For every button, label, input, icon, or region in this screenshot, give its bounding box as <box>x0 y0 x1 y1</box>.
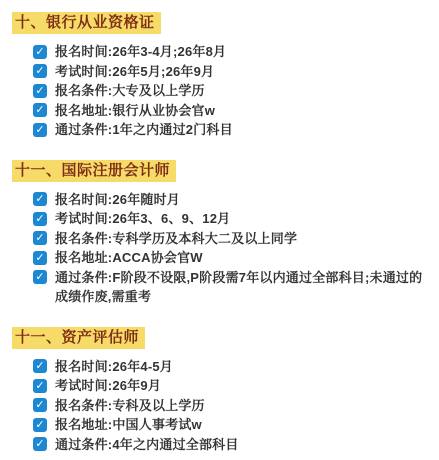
item-label: 报名时间: <box>55 359 112 374</box>
list-item: ✓ 通过条件:1年之内通过2门科目 <box>33 120 425 140</box>
checkbox-checked-icon: ✓ <box>33 251 47 265</box>
checkbox-checked-icon: ✓ <box>33 437 47 451</box>
item-list: ✓ 报名时间:26年4-5月 ✓ 考试时间:26年9月 ✓ 报名条件:专科及以上… <box>33 357 425 455</box>
list-item: ✓ 报名地址:中国人事考试w <box>33 415 425 435</box>
list-item: ✓ 报名时间:26年随时月 <box>33 190 425 210</box>
list-item: ✓ 报名条件:大专及以上学历 <box>33 81 425 101</box>
checkbox-checked-icon: ✓ <box>33 123 47 137</box>
list-item: ✓ 考试时间:26年9月 <box>33 376 425 396</box>
section-bank-qualification: 十、银行从业资格证 ✓ 报名时间:26年3-4月;26年8月 ✓ 考试时间:26… <box>12 12 425 140</box>
item-value: 4年之内通过全部科目 <box>112 437 238 452</box>
section-title: 十一、资产评估师 <box>12 327 145 349</box>
item-value: 26年3、6、9、12月 <box>112 211 230 226</box>
checkbox-checked-icon: ✓ <box>33 270 47 284</box>
item-label: 考试时间: <box>55 378 112 393</box>
item-label: 通过条件: <box>55 122 112 137</box>
item-value: 大专及以上学历 <box>112 83 204 98</box>
item-label: 报名时间: <box>55 192 112 207</box>
item-value: 银行从业协会官w <box>112 103 215 118</box>
item-label: 考试时间: <box>55 64 112 79</box>
checkbox-checked-icon: ✓ <box>33 192 47 206</box>
list-item: ✓ 报名地址:银行从业协会官w <box>33 101 425 121</box>
notes-page: 十、银行从业资格证 ✓ 报名时间:26年3-4月;26年8月 ✓ 考试时间:26… <box>0 0 439 460</box>
item-list: ✓ 报名时间:26年随时月 ✓ 考试时间:26年3、6、9、12月 ✓ 报名条件… <box>33 190 425 307</box>
checkbox-checked-icon: ✓ <box>33 64 47 78</box>
item-label: 报名条件: <box>55 398 112 413</box>
item-value: 26年3-4月;26年8月 <box>112 44 226 59</box>
item-value: 中国人事考试w <box>112 417 202 432</box>
section-title: 十、银行从业资格证 <box>12 12 161 34</box>
list-item: ✓ 报名地址:ACCA协会官W <box>33 248 425 268</box>
item-value: 专科及以上学历 <box>112 398 204 413</box>
checkbox-checked-icon: ✓ <box>33 103 47 117</box>
checkbox-checked-icon: ✓ <box>33 84 47 98</box>
item-value: ACCA协会官W <box>112 250 202 265</box>
checkbox-checked-icon: ✓ <box>33 212 47 226</box>
item-label: 通过条件: <box>55 437 112 452</box>
list-item: ✓ 通过条件:F阶段不设限,P阶段需7年以内通过全部科目;未通过的成绩作废,需重… <box>33 268 425 307</box>
item-value: 26年5月;26年9月 <box>112 64 214 79</box>
item-value: 1年之内通过2门科目 <box>112 122 232 137</box>
item-value: 26年随时月 <box>112 192 180 207</box>
item-label: 报名时间: <box>55 44 112 59</box>
list-item: ✓ 报名条件:专科及以上学历 <box>33 396 425 416</box>
item-value: 26年9月 <box>112 378 161 393</box>
list-item: ✓ 通过条件:4年之内通过全部科目 <box>33 435 425 455</box>
checkbox-checked-icon: ✓ <box>33 418 47 432</box>
list-item: ✓ 考试时间:26年5月;26年9月 <box>33 62 425 82</box>
section-asset-appraiser: 十一、资产评估师 ✓ 报名时间:26年4-5月 ✓ 考试时间:26年9月 ✓ 报… <box>12 327 425 455</box>
section-international-cpa: 十一、国际注册会计师 ✓ 报名时间:26年随时月 ✓ 考试时间:26年3、6、9… <box>12 160 425 307</box>
checkbox-checked-icon: ✓ <box>33 231 47 245</box>
checkbox-checked-icon: ✓ <box>33 45 47 59</box>
item-list: ✓ 报名时间:26年3-4月;26年8月 ✓ 考试时间:26年5月;26年9月 … <box>33 42 425 140</box>
item-value: 26年4-5月 <box>112 359 173 374</box>
list-item: ✓ 考试时间:26年3、6、9、12月 <box>33 209 425 229</box>
item-label: 报名地址: <box>55 103 112 118</box>
item-label: 报名地址: <box>55 250 112 265</box>
checkbox-checked-icon: ✓ <box>33 398 47 412</box>
section-title: 十一、国际注册会计师 <box>12 160 176 182</box>
item-label: 报名地址: <box>55 417 112 432</box>
list-item: ✓ 报名时间:26年3-4月;26年8月 <box>33 42 425 62</box>
item-value: 专科学历及本科大二及以上同学 <box>112 231 297 246</box>
list-item: ✓ 报名条件:专科学历及本科大二及以上同学 <box>33 229 425 249</box>
item-label: 报名条件: <box>55 231 112 246</box>
list-item: ✓ 报名时间:26年4-5月 <box>33 357 425 377</box>
item-label: 通过条件: <box>55 270 112 285</box>
checkbox-checked-icon: ✓ <box>33 379 47 393</box>
item-label: 考试时间: <box>55 211 112 226</box>
checkbox-checked-icon: ✓ <box>33 359 47 373</box>
item-label: 报名条件: <box>55 83 112 98</box>
